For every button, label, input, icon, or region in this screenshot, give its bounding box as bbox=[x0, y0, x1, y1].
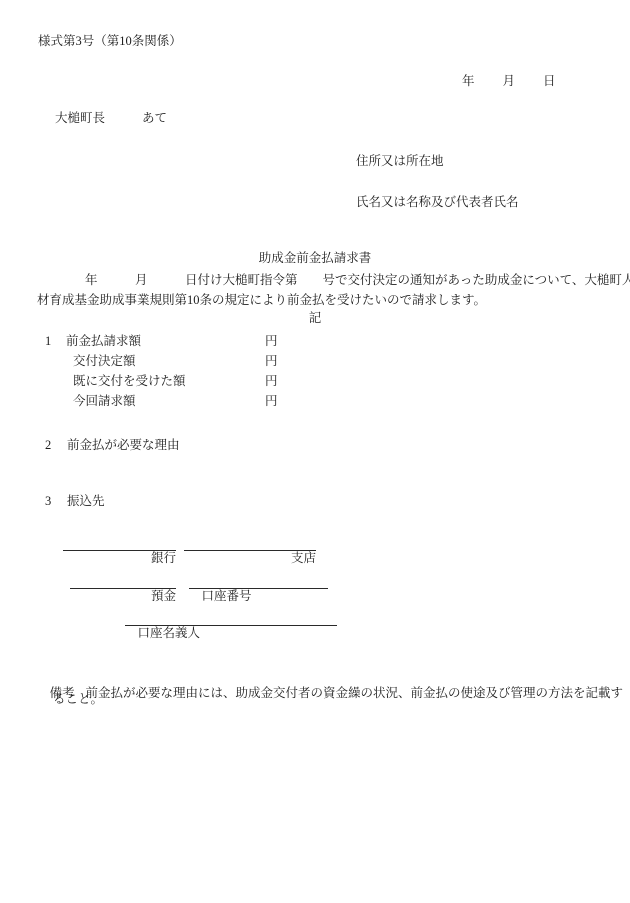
amount-row-unit: 円 bbox=[265, 354, 278, 369]
section-3-number: 3 bbox=[45, 494, 51, 509]
account-holder-field: 口座名義人 bbox=[125, 608, 337, 626]
branch-label: 支店 bbox=[291, 551, 316, 565]
body-paragraph-line1: 年 月 日付け大槌町指令第 号で交付決定の通知があった助成金について、大槌町人 bbox=[37, 273, 630, 288]
deposit-label: 預金 bbox=[151, 589, 176, 603]
section-2-label: 前金払が必要な理由 bbox=[67, 438, 180, 453]
remarks-text-line1: 前金払が必要な理由には、助成金交付者の資金繰の状況、前金払の使途及び管理の方法を… bbox=[86, 686, 624, 700]
deposit-type-field: 預金 bbox=[70, 571, 176, 589]
recipient-line: 大槌町長 あて bbox=[55, 111, 167, 126]
date-year-label: 年 bbox=[462, 74, 475, 89]
sender-address-label: 住所又は所在地 bbox=[356, 154, 444, 169]
ki-marker: 記 bbox=[0, 311, 630, 326]
amount-row-unit: 円 bbox=[265, 394, 278, 409]
account-number-field: 口座番号 bbox=[189, 571, 328, 589]
amount-row-unit: 円 bbox=[265, 374, 278, 389]
recipient-title: 大槌町長 bbox=[55, 111, 105, 126]
bank-name-field: 銀行 bbox=[63, 533, 176, 551]
recipient-to-label: あて bbox=[142, 111, 167, 126]
account-holder-label: 口座名義人 bbox=[138, 626, 201, 640]
date-month-label: 月 bbox=[503, 74, 516, 89]
date-day-label: 日 bbox=[543, 74, 556, 89]
amount-row-label: 交付決定額 bbox=[73, 354, 136, 369]
amount-row-unit: 円 bbox=[265, 334, 278, 349]
bank-label: 銀行 bbox=[151, 551, 176, 565]
section-1-number: 1 bbox=[45, 334, 51, 349]
branch-name-field: 支店 bbox=[184, 533, 316, 551]
section-2-number: 2 bbox=[45, 438, 51, 453]
date-line: 年 月 日 bbox=[462, 74, 556, 89]
remarks-line1: 備考前金払が必要な理由には、助成金交付者の資金繰の状況、前金払の使途及び管理の方… bbox=[37, 671, 623, 716]
amount-row-label: 今回請求額 bbox=[73, 394, 136, 409]
amount-row-label: 既に交付を受けた額 bbox=[73, 374, 186, 389]
remarks-text-line2: ること。 bbox=[53, 692, 103, 707]
sender-name-label: 氏名又は名称及び代表者氏名 bbox=[356, 195, 519, 210]
amount-row-label: 前金払請求額 bbox=[66, 334, 141, 349]
section-3-label: 振込先 bbox=[67, 494, 105, 509]
body-paragraph-line2: 材育成基金助成事業規則第10条の規定により前金払を受けたいので請求します。 bbox=[37, 293, 486, 308]
form-number-label: 様式第3号（第10条関係） bbox=[38, 34, 182, 49]
account-number-label: 口座番号 bbox=[202, 589, 252, 603]
document-page: 様式第3号（第10条関係） 年 月 日 大槌町長 あて 住所又は所在地 氏名又は… bbox=[0, 0, 630, 903]
document-title: 助成金前金払請求書 bbox=[0, 251, 630, 266]
